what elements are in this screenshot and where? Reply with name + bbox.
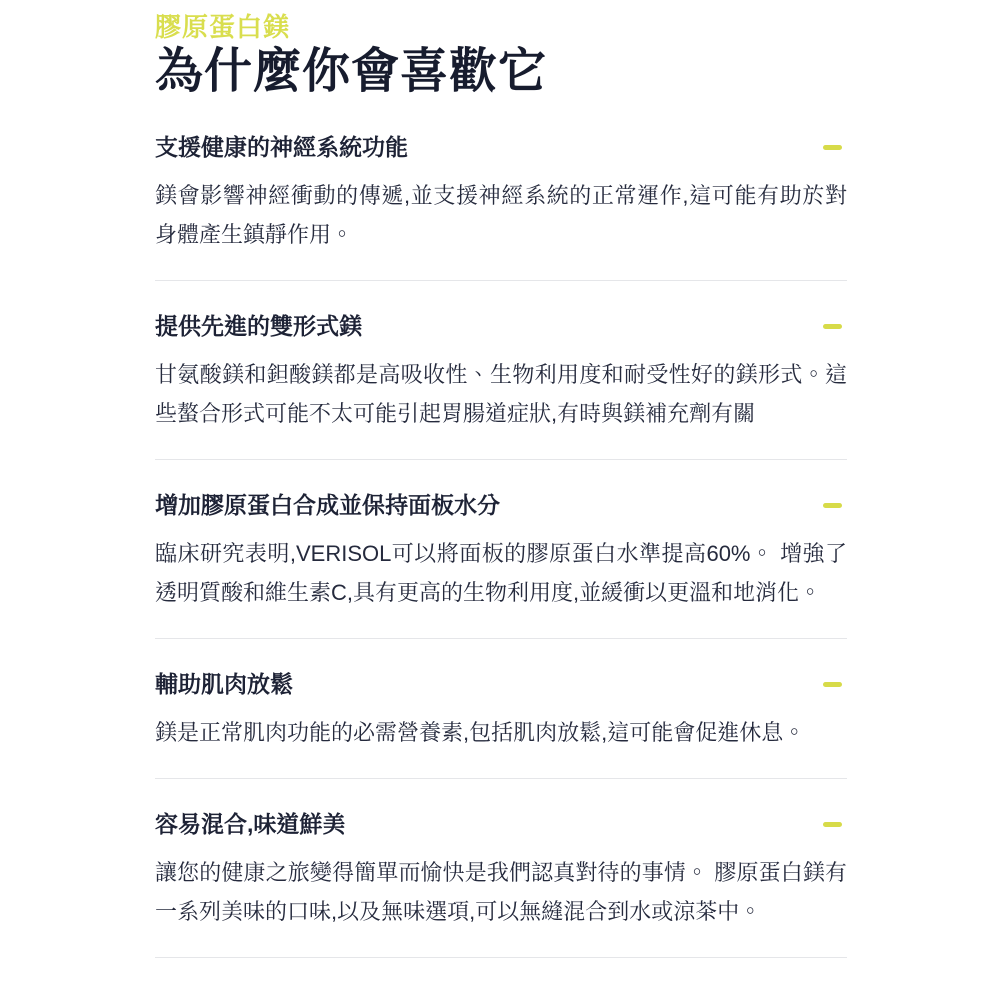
benefits-accordion: 支援健康的神經系統功能 鎂會影響神經衝動的傳遞,並支援神經系統的正常運作,這可能… [155,134,847,958]
benefit-item: 容易混合,味道鮮美 讓您的健康之旅變得簡單而愉快是我們認真對待的事情。 膠原蛋白… [155,779,847,958]
benefit-item-body: 鎂會影響神經衝動的傳遞,並支援神經系統的正常運作,這可能有助於對身體產生鎮靜作用… [155,176,847,254]
benefit-item: 提供先進的雙形式鎂 甘氨酸鎂和鉭酸鎂都是高吸收性、生物利用度和耐受性好的鎂形式。… [155,281,847,460]
minus-icon[interactable] [823,503,842,508]
benefit-item-body: 鎂是正常肌肉功能的必需營養素,包括肌肉放鬆,這可能會促進休息。 [155,713,847,752]
benefit-item-title: 容易混合,味道鮮美 [155,811,345,837]
benefit-item-body: 甘氨酸鎂和鉭酸鎂都是高吸收性、生物利用度和耐受性好的鎂形式。這些螯合形式可能不太… [155,355,847,433]
benefit-item-body: 讓您的健康之旅變得簡單而愉快是我們認真對待的事情。 膠原蛋白鎂有一系列美味的口味… [155,853,847,931]
minus-icon[interactable] [823,145,842,150]
benefit-item-body: 臨床研究表明,VERISOL可以將面板的膠原蛋白水準提高60%。 增強了透明質酸… [155,534,847,612]
benefit-item-header[interactable]: 提供先進的雙形式鎂 [155,313,847,339]
benefit-item-header[interactable]: 支援健康的神經系統功能 [155,134,847,160]
benefit-item-header[interactable]: 輔助肌肉放鬆 [155,671,847,697]
minus-icon[interactable] [823,682,842,687]
benefit-item-title: 輔助肌肉放鬆 [155,671,293,697]
benefit-item: 支援健康的神經系統功能 鎂會影響神經衝動的傳遞,並支援神經系統的正常運作,這可能… [155,134,847,281]
benefit-item-title: 支援健康的神經系統功能 [155,134,408,160]
product-name-eyebrow: 膠原蛋白鎂 [155,14,847,40]
section-heading: 為什麼你會喜歡它 [155,48,847,96]
product-benefits-section: 膠原蛋白鎂 為什麼你會喜歡它 支援健康的神經系統功能 鎂會影響神經衝動的傳遞,並… [0,0,1000,958]
benefit-item-title: 提供先進的雙形式鎂 [155,313,362,339]
benefit-item: 輔助肌肉放鬆 鎂是正常肌肉功能的必需營養素,包括肌肉放鬆,這可能會促進休息。 [155,639,847,779]
minus-icon[interactable] [823,822,842,827]
benefit-item: 增加膠原蛋白合成並保持面板水分 臨床研究表明,VERISOL可以將面板的膠原蛋白… [155,460,847,639]
minus-icon[interactable] [823,324,842,329]
benefit-item-title: 增加膠原蛋白合成並保持面板水分 [155,492,500,518]
benefit-item-header[interactable]: 容易混合,味道鮮美 [155,811,847,837]
benefit-item-header[interactable]: 增加膠原蛋白合成並保持面板水分 [155,492,847,518]
